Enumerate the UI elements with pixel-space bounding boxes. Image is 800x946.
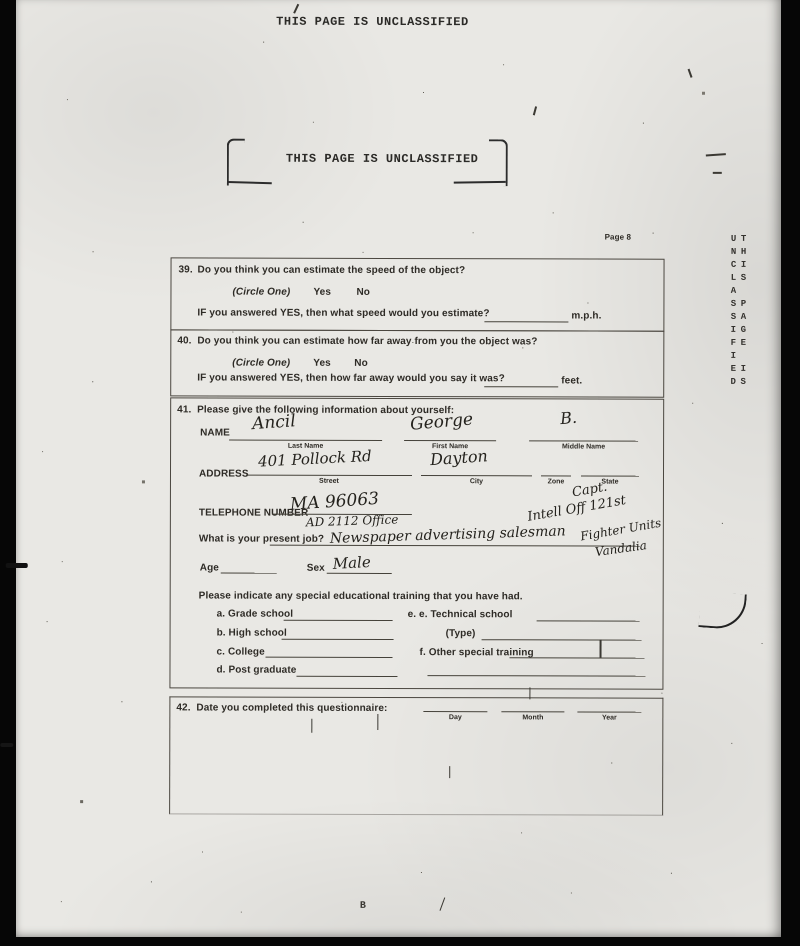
name-label: NAME xyxy=(200,428,230,438)
education-item-d: d. Post graduate xyxy=(216,666,296,676)
q39-circle-one: (Circle One) xyxy=(232,288,290,298)
education-item-b: b. High school xyxy=(217,629,287,639)
stray-tick xyxy=(311,719,312,733)
q39-followup: IF you answered YES, then what speed wou… xyxy=(197,308,489,319)
stray-tick xyxy=(377,714,378,730)
q39-question: Do you think you can estimate the speed … xyxy=(198,265,466,276)
stamp-box-bracket-right xyxy=(489,139,508,186)
blank-line xyxy=(501,711,564,712)
q41-number: 41. xyxy=(177,405,191,415)
q39-yes: Yes xyxy=(313,288,331,298)
q40-yes: Yes xyxy=(313,359,331,369)
handwritten-middle-name: B. xyxy=(559,410,577,427)
stray-tick xyxy=(293,4,299,14)
unclassified-stamp-vertical: THIS PAGE IS UNCLASSIFIED xyxy=(728,234,749,546)
stray-tick xyxy=(533,106,537,115)
q40-unit: feet. xyxy=(561,376,582,386)
handwritten-phone-2: AD 2112 Office xyxy=(306,513,399,528)
day-caption: Day xyxy=(423,714,487,721)
blank-line xyxy=(423,711,487,712)
edge-mark xyxy=(0,743,13,747)
stray-dash xyxy=(706,153,726,156)
zone-caption: Zone xyxy=(541,478,571,485)
q40-no: No xyxy=(354,359,368,369)
education-item-c: c. College xyxy=(217,648,265,658)
q42-question: Date you completed this questionnaire: xyxy=(196,703,387,714)
address-label: ADDRESS xyxy=(199,469,249,479)
edge-mark xyxy=(6,563,28,568)
blank-line xyxy=(327,573,392,574)
education-intro: Please indicate any special educational … xyxy=(199,591,523,602)
page-content: THIS PAGE IS UNCLASSIFIED THIS PAGE IS U… xyxy=(0,0,800,946)
blank-line xyxy=(577,711,641,712)
q42-number: 42. xyxy=(176,703,190,713)
stray-dash xyxy=(713,172,722,174)
blank-line xyxy=(484,386,558,387)
education-item-type: (Type) xyxy=(446,629,476,639)
unclassified-stamp-boxed: THIS PAGE IS UNCLASSIFIED xyxy=(286,153,479,166)
month-caption: Month xyxy=(501,714,564,721)
q40-followup: IF you answered YES, then how far away w… xyxy=(197,373,505,384)
q39-number: 39. xyxy=(179,265,193,275)
blank-line xyxy=(581,475,639,476)
q40-question: Do you think you can estimate how far aw… xyxy=(197,336,537,347)
stray-tick xyxy=(600,640,602,658)
age-label: Age xyxy=(200,563,219,573)
stamp-curve-mark xyxy=(698,591,746,630)
scanned-page: THIS PAGE IS UNCLASSIFIED THIS PAGE IS U… xyxy=(0,0,800,946)
blank-line xyxy=(221,573,277,574)
education-item-a: a. Grade school xyxy=(217,610,294,620)
year-caption: Year xyxy=(577,714,641,721)
q39-no: No xyxy=(356,288,370,298)
education-item-e: e. e. Technical school xyxy=(408,610,513,620)
stray-tick xyxy=(688,69,693,78)
q40-number: 40. xyxy=(177,336,191,346)
job-label: What is your present job? xyxy=(199,534,324,544)
blank-line xyxy=(541,475,571,476)
blank-line xyxy=(484,321,568,322)
middle-name-caption: Middle Name xyxy=(529,443,638,450)
handwritten-last-name: Ancil xyxy=(252,413,297,433)
stamp-box-bracket-left xyxy=(227,139,245,186)
stray-bottom-mark: B xyxy=(360,902,367,912)
unclassified-stamp-top: THIS PAGE IS UNCLASSIFIED xyxy=(276,16,469,29)
city-caption: City xyxy=(421,478,532,485)
page-number: Page 8 xyxy=(605,234,631,242)
q40-circle-one: (Circle One) xyxy=(232,359,290,369)
stray-tick xyxy=(529,687,530,699)
handwritten-city: Dayton xyxy=(430,448,489,468)
stray-tick xyxy=(449,766,450,778)
sex-label: Sex xyxy=(307,564,325,574)
stray-tick xyxy=(439,897,445,910)
street-caption: Street xyxy=(246,478,412,485)
handwritten-sex: Male xyxy=(332,555,371,572)
q39-unit: m.p.h. xyxy=(571,311,601,321)
